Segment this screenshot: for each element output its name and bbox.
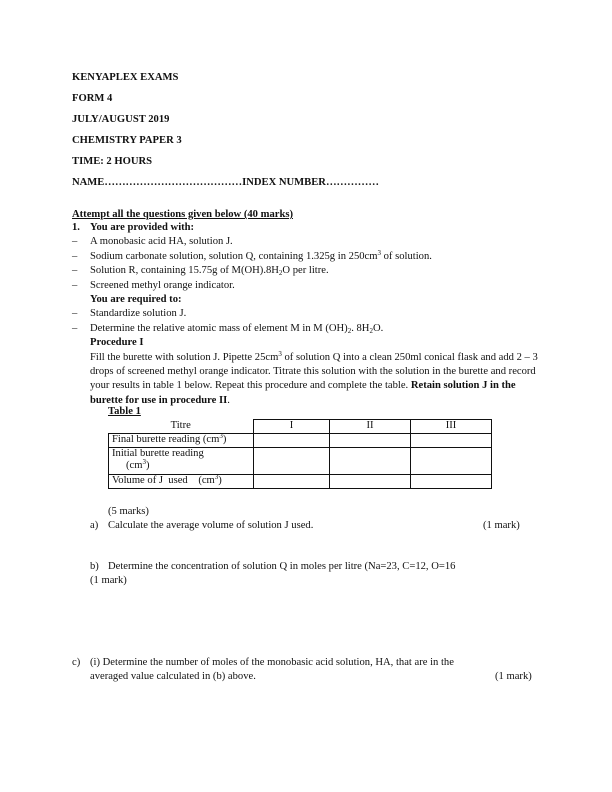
bullet: – <box>72 308 77 319</box>
table-cell-input[interactable] <box>411 434 492 448</box>
bullet: – <box>72 265 77 276</box>
bullet: – <box>72 323 77 334</box>
provided-item: Screened methyl orange indicator. <box>90 280 235 291</box>
table-header-row: Titre I II III <box>109 420 492 434</box>
procedure-heading: Procedure I <box>90 337 143 348</box>
bullet: – <box>72 236 77 247</box>
provided-item: A monobasic acid HA, solution J. <box>90 236 233 247</box>
column-header: II <box>330 420 411 434</box>
table-cell-input[interactable] <box>254 448 330 475</box>
table-marks: (5 marks) <box>108 506 149 517</box>
procedure-text: Fill the burette with solution J. Pipett… <box>90 351 545 408</box>
row-label: Initial burette reading(cm3) <box>109 448 254 475</box>
table-row: Volume of J used (cm3) <box>109 475 492 489</box>
provided-item: Sodium carbonate solution, solution Q, c… <box>90 251 432 262</box>
required-item: Determine the relative atomic mass of el… <box>90 323 383 334</box>
exam-form: FORM 4 <box>72 93 112 104</box>
part-b-marks: (1 mark) <box>90 575 127 586</box>
table-cell-input[interactable] <box>411 475 492 489</box>
provided-heading: You are provided with: <box>90 222 194 233</box>
exam-session: JULY/AUGUST 2019 <box>72 114 169 125</box>
table-cell-input[interactable] <box>330 434 411 448</box>
required-item: Standardize solution J. <box>90 308 186 319</box>
instructions: Attempt all the questions given below (4… <box>72 209 293 220</box>
part-b-label: b) <box>90 561 99 572</box>
table-row: Initial burette reading(cm3) <box>109 448 492 475</box>
row-label: Final burette reading (cm3) <box>109 434 254 448</box>
column-header: Titre <box>109 420 254 434</box>
exam-paper: CHEMISTRY PAPER 3 <box>72 135 182 146</box>
part-a-marks: (1 mark) <box>483 520 520 531</box>
results-table: Titre I II III Final burette reading (cm… <box>108 419 492 489</box>
table-row: Final burette reading (cm3) <box>109 434 492 448</box>
part-c-text: (i) Determine the number of moles of the… <box>90 657 454 668</box>
question-number: 1. <box>72 222 80 233</box>
table-cell-input[interactable] <box>330 475 411 489</box>
part-b-text: Determine the concentration of solution … <box>108 561 455 572</box>
column-header: I <box>254 420 330 434</box>
table-caption: Table 1 <box>108 406 141 417</box>
part-a-label: a) <box>90 520 98 531</box>
part-c-label: c) <box>72 657 80 668</box>
table-cell-input[interactable] <box>254 475 330 489</box>
exam-org: KENYAPLEX EXAMS <box>72 72 178 83</box>
table-cell-input[interactable] <box>330 448 411 475</box>
part-a-text: Calculate the average volume of solution… <box>108 520 313 531</box>
table-cell-input[interactable] <box>254 434 330 448</box>
column-header: III <box>411 420 492 434</box>
name-index-field: NAME…………………………………INDEX NUMBER…………… <box>72 177 379 188</box>
required-heading: You are required to: <box>90 294 182 305</box>
part-c-marks: (1 mark) <box>495 671 532 682</box>
exam-time: TIME: 2 HOURS <box>72 156 152 167</box>
provided-item: Solution R, containing 15.75g of M(OH).8… <box>90 265 329 276</box>
bullet: – <box>72 280 77 291</box>
row-label: Volume of J used (cm3) <box>109 475 254 489</box>
bullet: – <box>72 251 77 262</box>
table-cell-input[interactable] <box>411 448 492 475</box>
part-c-text-2: averaged value calculated in (b) above. <box>90 671 256 682</box>
